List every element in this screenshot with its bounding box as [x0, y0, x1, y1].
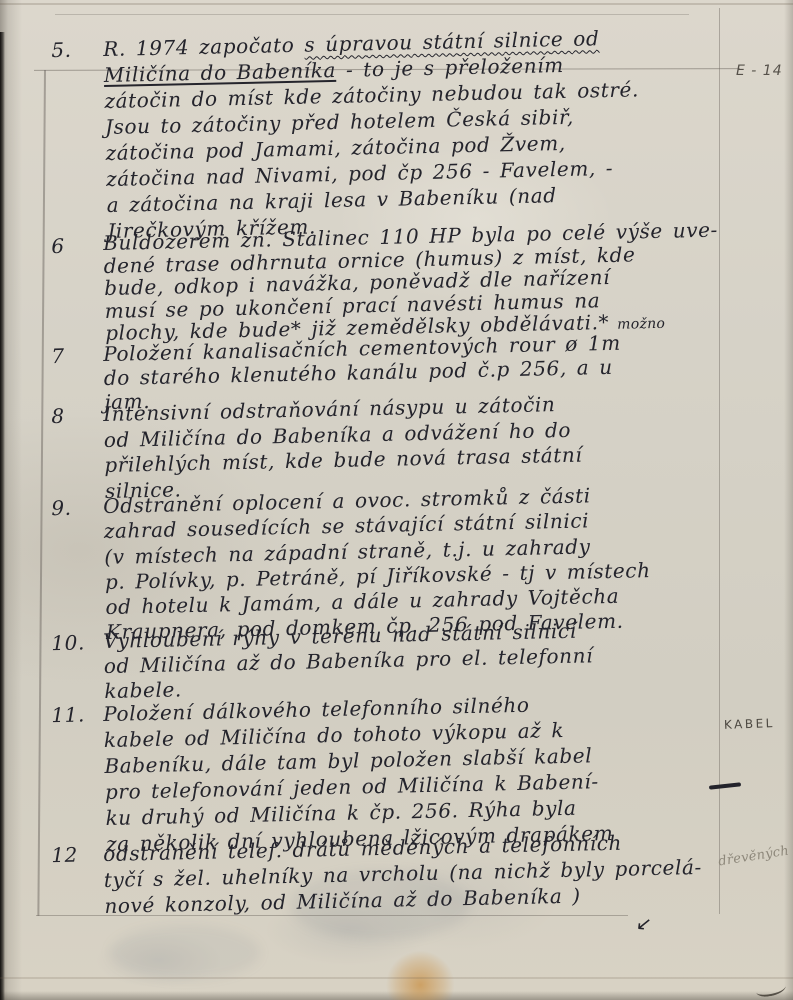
underlined-text: Miličína do Babeníka [104, 58, 337, 87]
chronicle-page-scan: E - 14 KABEL dřevěných ↙ 5. R. 1974 zapo… [0, 0, 793, 1000]
text-segment: - to je s přeložením [336, 53, 564, 82]
paper-bottom-crease [0, 977, 793, 979]
entry-number: 12 [51, 843, 78, 868]
entry-12: 12 odstranění telef. drátů měděných a te… [103, 827, 745, 919]
entry-number: 6 [51, 234, 65, 258]
check-mark: ↙ [635, 912, 653, 936]
entry-number: 7 [51, 344, 65, 368]
pencil-rule-top-faint [55, 14, 689, 15]
text-segment: R. 1974 započato [103, 33, 305, 61]
entry-number: 9. [51, 496, 72, 520]
entry-number: 5. [51, 38, 72, 62]
entry-5: 5. R. 1974 započato s úpravou státní sil… [103, 22, 747, 244]
pencil-rule-left-margin [37, 70, 45, 916]
scan-gutter-shadow [0, 32, 5, 1000]
page-corner-curl [755, 980, 787, 998]
entry-number: 8 [51, 404, 65, 428]
paper-top-crease [0, 3, 793, 5]
entry-6: 6 Buldozerem zn. Stalinec 110 HP byla po… [103, 218, 745, 347]
ink-bleedthrough-smudge [110, 925, 260, 980]
entry-number: 10. [51, 630, 85, 655]
entry-number: 11. [51, 702, 85, 727]
